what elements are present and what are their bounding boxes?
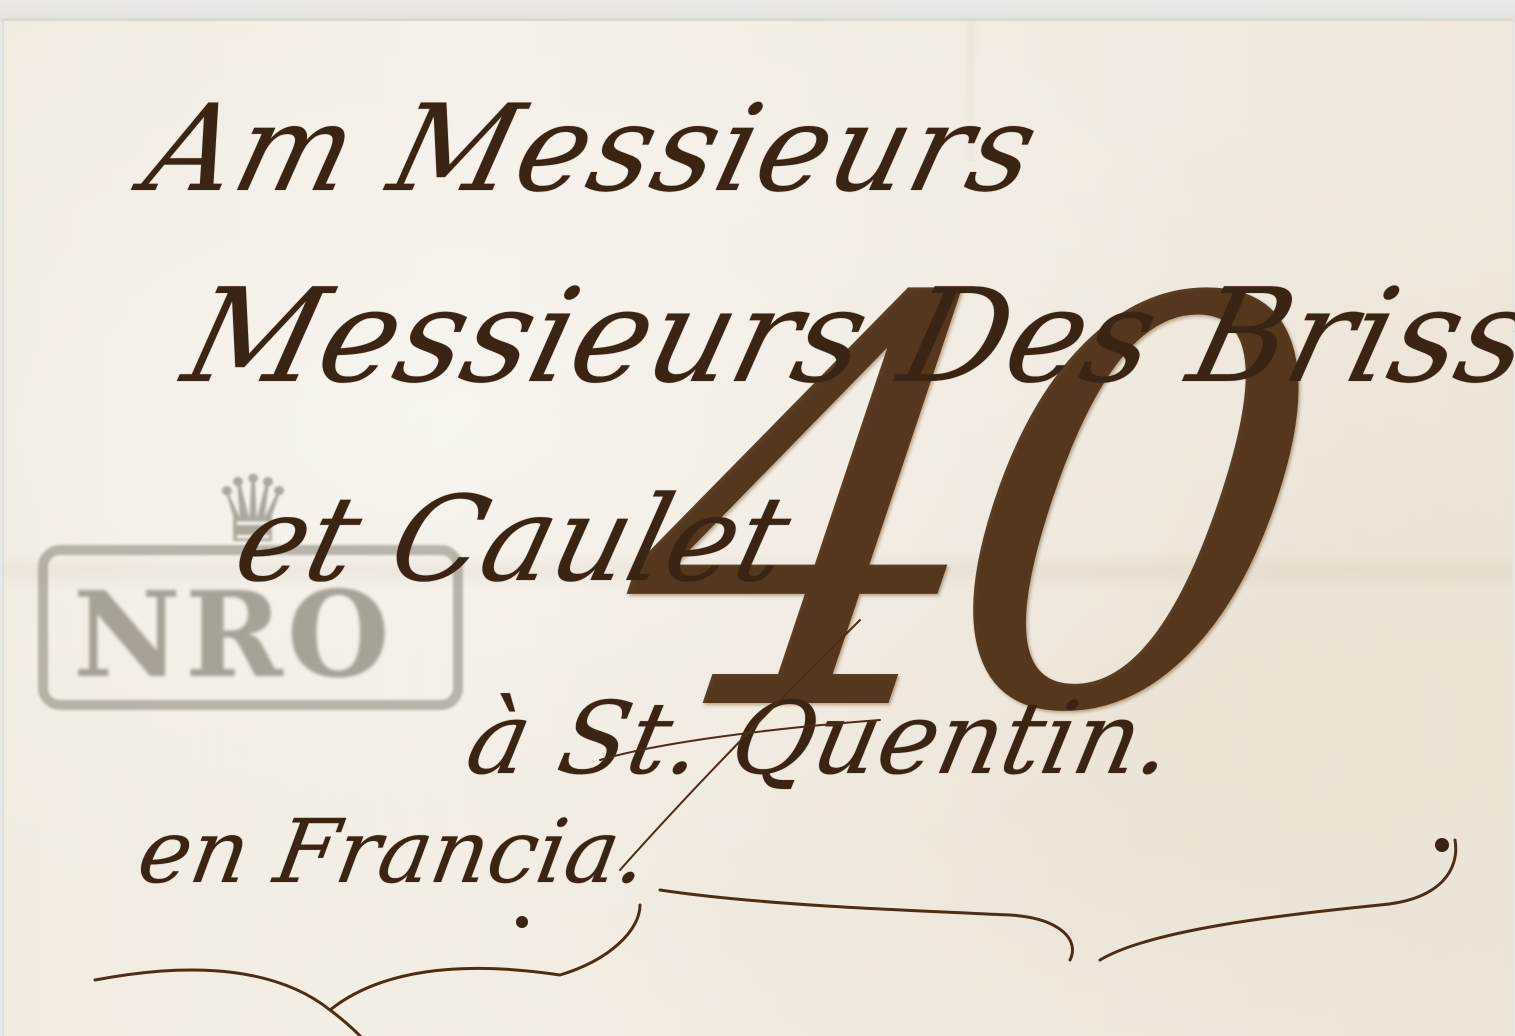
decorative-flourishes <box>0 0 1515 1036</box>
period-dot <box>1435 838 1449 852</box>
period-dot <box>516 916 528 928</box>
